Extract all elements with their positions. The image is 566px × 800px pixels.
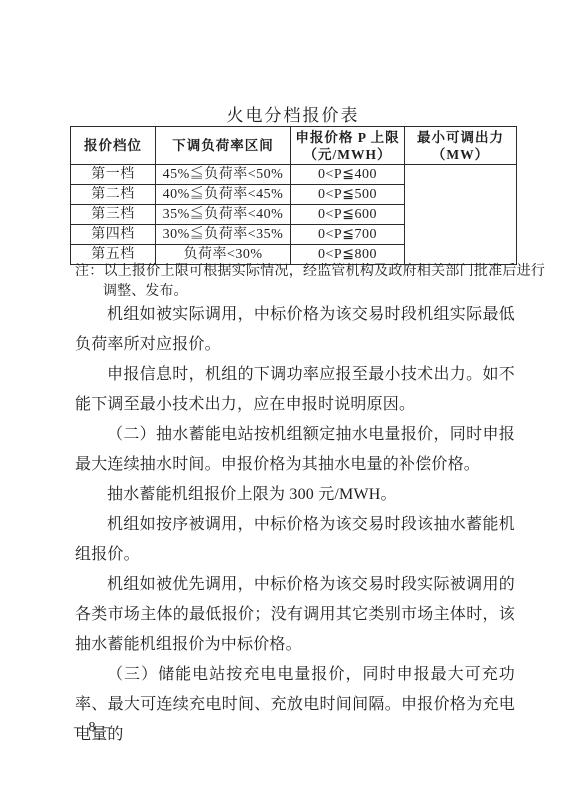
paragraph: （三）储能电站按充电电量报价，同时申报最大可充功率、最大可连续充电时间、充放电时…	[75, 660, 515, 750]
cell-tier: 第一档	[71, 165, 156, 185]
cell-price: 0<P≦500	[291, 185, 405, 205]
header-cell-price: 申报价格 P 上限 （元/MWH）	[291, 127, 405, 165]
header-line: 下调负荷率区间	[156, 137, 290, 154]
paragraph: （二）抽水蓄能电站按机组额定抽水电量报价，同时申报最大连续抽水时间。申报价格为其…	[75, 420, 515, 480]
document-page: 火电分档报价表 报价档位 下调负荷率区间 申报价格 P 上限 （元/MWH）	[0, 0, 566, 800]
header-line: （元/MWH）	[291, 146, 404, 163]
cell-price: 0<P≦400	[291, 165, 405, 185]
header-cell-min-output: 最小可调出力 （MW）	[405, 127, 517, 165]
header-line: 报价档位	[71, 137, 155, 154]
paragraph: 申报信息时，机组的下调功率应报至最小技术出力。如不能下调至最小技术出力，应在申报…	[75, 360, 515, 420]
cell-min-output-merged	[405, 165, 517, 265]
cell-range: 30%≦负荷率<35%	[156, 225, 291, 245]
paragraph: 抽水蓄能机组报价上限为 300 元/MWH。	[75, 480, 515, 510]
table-note: 注：以上报价上限可根据实际情况，经监管机构及政府相关部门批准后进行调整、发布。	[75, 262, 545, 302]
body-text: 机组如被实际调用，中标价格为该交易时段机组实际最低负荷率所对应报价。 申报信息时…	[75, 300, 515, 750]
cell-range: 45%≦负荷率<50%	[156, 165, 291, 185]
header-cell-tier: 报价档位	[71, 127, 156, 165]
cell-tier: 第三档	[71, 205, 156, 225]
table-header-row: 报价档位 下调负荷率区间 申报价格 P 上限 （元/MWH） 最小可调出力 （M…	[71, 127, 517, 165]
cell-price: 0<P≦700	[291, 225, 405, 245]
paragraph: 机组如被实际调用，中标价格为该交易时段机组实际最低负荷率所对应报价。	[75, 300, 515, 360]
cell-range: 40%≦负荷率<45%	[156, 185, 291, 205]
cell-tier: 第四档	[71, 225, 156, 245]
cell-tier: 第二档	[71, 185, 156, 205]
header-cell-range: 下调负荷率区间	[156, 127, 291, 165]
cell-price: 0<P≦600	[291, 205, 405, 225]
header-line: 申报价格 P 上限	[291, 129, 404, 146]
header-line: （MW）	[405, 146, 516, 163]
page-number: – 8 –	[74, 720, 112, 736]
table-row: 第一档 45%≦负荷率<50% 0<P≦400	[71, 165, 517, 185]
price-table: 报价档位 下调负荷率区间 申报价格 P 上限 （元/MWH） 最小可调出力 （M…	[70, 126, 517, 265]
cell-range: 35%≦负荷率<40%	[156, 205, 291, 225]
table-title: 火电分档报价表	[70, 101, 516, 126]
header-line: 最小可调出力	[405, 129, 516, 146]
paragraph: 机组如按序被调用，中标价格为该交易时段该抽水蓄能机组报价。	[75, 510, 515, 570]
paragraph: 机组如被优先调用，中标价格为该交易时段实际被调用的各类市场主体的最低报价；没有调…	[75, 570, 515, 660]
